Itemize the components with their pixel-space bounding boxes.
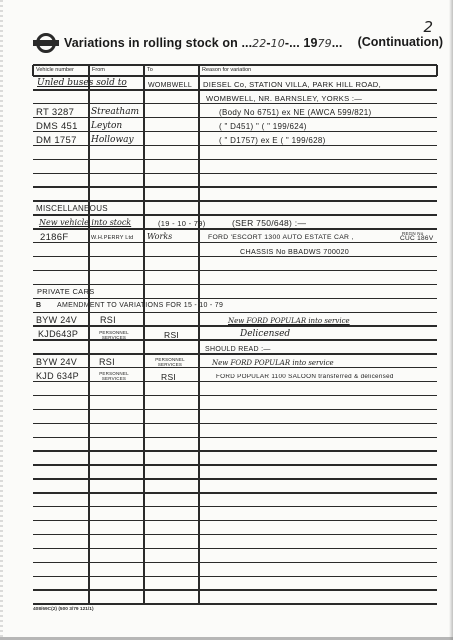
column-divider (143, 65, 144, 604)
original-row-1-vehicle: BYW 24V (36, 316, 77, 325)
row-divider (33, 506, 437, 507)
corrected-row-1-reason: New FORD POPULAR into service (212, 360, 334, 367)
column-header-reason: Reason for variation (202, 67, 251, 73)
corrected-row-1-vehicle: BYW 24V (36, 358, 77, 367)
row-divider (33, 228, 437, 229)
row-divider (33, 534, 437, 535)
corrected-row-2-from: PERSONNEL SERVICES (93, 371, 135, 381)
row-divider (33, 353, 437, 354)
column-header-vehicle: Vehicle number (36, 67, 74, 73)
row-divider (33, 589, 437, 590)
date-day: 22 (252, 37, 266, 50)
misc-row-1-reason-line1: FORD 'ESCORT 1300 AUTO ESTATE CAR , (208, 235, 354, 242)
column-divider (436, 65, 437, 76)
sale-row-3-from: Holloway (91, 136, 134, 145)
row-divider (33, 409, 437, 410)
row-divider (33, 242, 437, 243)
row-divider (33, 75, 437, 76)
year-suffix: 79 (318, 37, 332, 50)
row-divider (33, 464, 437, 465)
row-divider (33, 367, 437, 368)
row-divider (33, 312, 437, 313)
row-divider (33, 450, 437, 451)
misc-intro-ref: (SER 750/648) :— (232, 219, 306, 228)
corrected-row-2-to: RSI (161, 373, 176, 382)
row-divider (33, 159, 437, 160)
sale-intro-vehicle: Unled buses sold to (37, 79, 127, 88)
corrected-row-2-reason: FORD POPULAR 1100 SALOON transferred & d… (216, 374, 394, 380)
row-divider (33, 103, 437, 104)
column-header-to: To (147, 67, 153, 73)
row-divider (33, 173, 437, 174)
row-divider (33, 131, 437, 132)
column-header-from: From (92, 67, 105, 73)
sale-row-2-vehicle: DMS 451 (36, 122, 78, 132)
column-divider (88, 65, 89, 604)
row-divider (33, 492, 437, 493)
column-divider (198, 65, 199, 604)
original-row-1-reason: New FORD POPULAR into service (228, 318, 350, 325)
misc-intro: New vehicle into stock (39, 219, 131, 227)
london-transport-roundel-icon (33, 33, 59, 53)
misc-row-1-to: Works (147, 233, 172, 241)
original-row-2-vehicle: KJD643P (38, 330, 78, 339)
amendment-text: AMENDMENT TO VARIATIONS FOR 15 - 10 - 79 (57, 302, 223, 309)
form-code: 408/69C(2) (500 3/79 121/1) (33, 607, 94, 612)
original-row-2-from: PERSONNEL SERVICES (94, 330, 134, 340)
column-divider (32, 65, 33, 76)
sale-intro-reason-line1: DIESEL Co, STATION VILLA, PARK HILL ROAD… (203, 81, 381, 89)
row-divider (33, 423, 437, 424)
misc-heading: MISCELLANEOUS (36, 205, 108, 213)
row-divider (33, 478, 437, 479)
row-divider (33, 395, 437, 396)
misc-intro-date: (19 - 10 - 79) (158, 220, 206, 228)
row-divider (33, 325, 437, 326)
title-prefix: Variations in rolling stock on (64, 36, 238, 50)
year-prefix: 19 (303, 36, 317, 50)
row-divider (33, 562, 437, 563)
original-row-1-from: RSI (100, 316, 116, 325)
date-month: 10 (271, 37, 285, 50)
misc-row-1-from: W.H.PERRY Ltd (91, 236, 133, 241)
continuation-label: (Continuation) (358, 35, 443, 49)
misc-row-1-vehicle: 2186F (40, 233, 68, 243)
sale-row-2-reason: ( " D451) " ( " 199/624) (219, 123, 307, 131)
misc-row-1-reason-line2: CHASSIS No BBADWS 700020 (240, 248, 349, 255)
private-cars-heading: PRIVATE CARS (37, 288, 95, 296)
row-divider (33, 284, 437, 285)
original-row-2-reason: Delicensed (240, 330, 290, 339)
corrected-row-1-to: PERSONNEL SERVICES (147, 357, 193, 367)
row-divider (33, 548, 437, 549)
row-divider (33, 381, 437, 382)
row-divider (33, 298, 437, 299)
row-divider (33, 200, 437, 201)
row-divider (33, 576, 437, 577)
row-divider (33, 603, 437, 604)
row-divider (33, 89, 437, 90)
sale-row-3-vehicle: DM 1757 (36, 136, 77, 146)
row-divider (33, 186, 437, 187)
row-divider (33, 437, 437, 438)
page-edge-left (0, 0, 3, 640)
sale-intro-reason-line2: WOMBWELL, NR. BARNSLEY, YORKS :— (206, 95, 362, 103)
corrected-row-1-from: RSI (99, 358, 115, 367)
sale-row-2-from: Leyton (91, 122, 122, 131)
should-read-label: SHOULD READ :— (205, 346, 271, 353)
row-divider (33, 64, 437, 66)
sale-row-1-from: Streatham (91, 108, 139, 117)
misc-row-1-regn-value: CUC 186V (400, 236, 433, 243)
row-divider (33, 520, 437, 521)
amendment-marker: B (36, 302, 41, 309)
sale-row-1-vehicle: RT 3287 (36, 108, 74, 118)
corrected-row-2-vehicle: KJD 634P (36, 372, 79, 381)
sale-intro-to: WOMBWELL (148, 82, 192, 89)
sale-row-1-reason: (Body No 6751) ex NE (AWCA 599/821) (219, 109, 372, 117)
document-title: Variations in rolling stock on ...22-10-… (64, 36, 342, 50)
row-divider (33, 214, 437, 215)
page-edge-right (449, 0, 453, 640)
row-divider (33, 117, 437, 118)
row-divider (33, 256, 437, 257)
original-row-2-to: RSI (164, 331, 179, 340)
sale-row-3-reason: ( " D1757) ex E ( " 199/628) (219, 137, 326, 145)
row-divider (33, 270, 437, 271)
